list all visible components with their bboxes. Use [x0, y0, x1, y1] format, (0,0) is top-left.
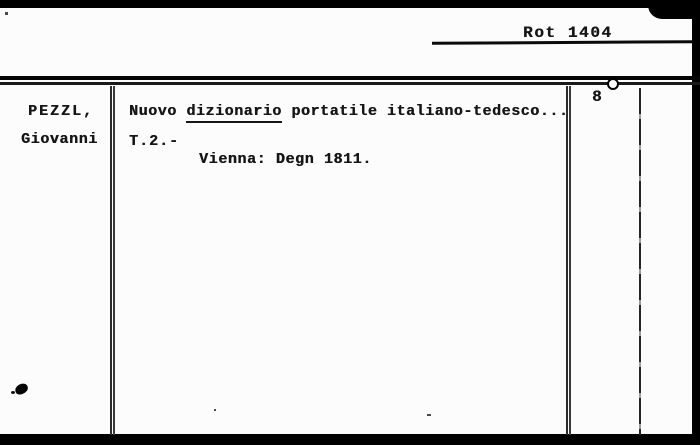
- punch-hole: [607, 78, 619, 90]
- entry-title-post: portatile italiano-tedesco...: [282, 103, 569, 120]
- entry-title: Nuovo dizionario portatile italiano-tede…: [129, 103, 568, 120]
- scan-edge-bottom: [0, 434, 700, 445]
- scan-speck: [427, 414, 431, 416]
- shelf-number: 8: [592, 88, 602, 106]
- reference-underline: [432, 40, 693, 45]
- reference-number: Rot 1404: [523, 24, 613, 42]
- ink-blot-tail: [11, 391, 15, 394]
- entry-title-underlined: dizionario: [186, 103, 282, 123]
- right-column-rule-single: [639, 88, 641, 435]
- scan-edge-top: [0, 0, 700, 8]
- entry-imprint: Vienna: Degn 1811.: [199, 151, 372, 168]
- entry-volume: T.2.-: [129, 133, 179, 150]
- ink-blot: [14, 382, 29, 396]
- header-rule-bottom: [0, 82, 700, 85]
- author-column-rule: [110, 86, 115, 435]
- scan-speck: [214, 409, 216, 411]
- author-forename: Giovanni: [21, 131, 98, 148]
- author-surname: PEZZL,: [28, 103, 94, 120]
- catalog-card-scan: Rot 1404 PEZZL, Giovanni Nuovo dizionari…: [0, 0, 700, 445]
- scan-speck: [5, 12, 8, 15]
- scan-edge-right: [692, 0, 700, 445]
- header-rule-top: [0, 76, 700, 80]
- entry-title-pre: Nuovo: [129, 103, 186, 120]
- right-column-rule-double: [566, 86, 571, 435]
